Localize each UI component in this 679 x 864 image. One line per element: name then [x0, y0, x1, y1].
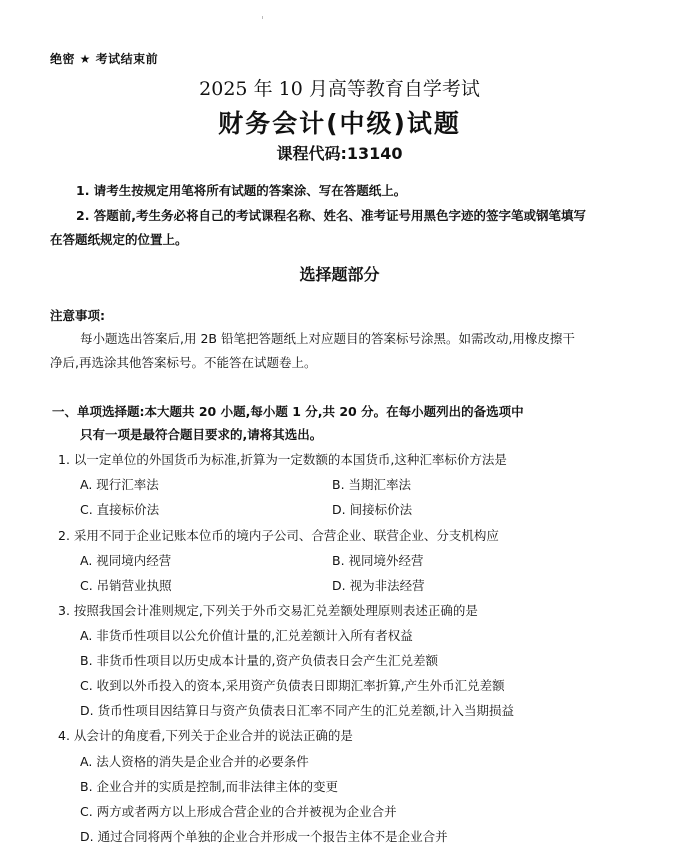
section-title: 选择题部分 [0, 262, 679, 285]
option-d: D. 货币性项目因结算日与资产负债表日汇率不同产生的汇兑差额,计入当期损益 [80, 701, 514, 719]
part-one-heading-cont: 只有一项是最符合题目要求的,请将其选出。 [80, 425, 322, 443]
option-b: B. 非货币性项目以历史成本计量的,资产负债表日会产生汇兑差额 [80, 651, 438, 669]
notes-line-2: 净后,再选涂其他答案标号。不能答在试题卷上。 [50, 353, 316, 371]
option-a: A. 非货币性项目以公允价值计量的,汇兑差额计入所有者权益 [80, 626, 413, 644]
course-code: 课程代码:13140 [0, 141, 679, 164]
paper-title: 财务会计(中级)试题 [0, 104, 679, 140]
option-a: A. 现行汇率法 [80, 475, 159, 493]
option-c: C. 吊销营业执照 [80, 576, 172, 594]
instruction-2-cont: 在答题纸规定的位置上。 [50, 230, 188, 248]
option-d: D. 通过合同将两个单独的企业合并形成一个报告主体不是企业合并 [80, 827, 448, 845]
option-b: B. 当期汇率法 [332, 475, 411, 493]
confidential-label: 绝密 ★ 考试结束前 [50, 50, 158, 67]
question-stem: 2. 采用不同于企业记账本位币的境内子公司、合营企业、联营企业、分支机构应 [58, 526, 499, 544]
option-c: C. 直接标价法 [80, 500, 159, 518]
option-d: D. 视为非法经营 [332, 576, 425, 594]
question-stem: 3. 按照我国会计准则规定,下列关于外币交易汇兑差额处理原则表述正确的是 [58, 601, 478, 619]
notes-line-1: 每小题选出答案后,用 2B 铅笔把答题纸上对应题目的答案标号涂黑。如需改动,用橡… [80, 329, 575, 347]
part-one-heading: 一、单项选择题:本大题共 20 小题,每小题 1 分,共 20 分。在每小题列出… [52, 402, 524, 420]
instruction-2: 2. 答题前,考生务必将自己的考试课程名称、姓名、准考证号用黑色字迹的签字笔或钢… [76, 206, 586, 224]
option-a: A. 法人资格的消失是企业合并的必要条件 [80, 752, 309, 770]
exam-title: 2025 年 10 月高等教育自学考试 [0, 74, 679, 101]
option-c: C. 收到以外币投入的资本,采用资产负债表日即期汇率折算,产生外币汇兑差额 [80, 676, 505, 694]
option-c: C. 两方或者两方以上形成合营企业的合并被视为企业合并 [80, 802, 397, 820]
option-b: B. 企业合并的实质是控制,而非法律主体的变更 [80, 777, 338, 795]
question-stem: 4. 从会计的角度看,下列关于企业合并的说法正确的是 [58, 726, 353, 744]
scan-mark [262, 16, 263, 19]
option-b: B. 视同境外经营 [332, 551, 424, 569]
option-a: A. 视同境内经营 [80, 551, 171, 569]
instruction-1: 1. 请考生按规定用笔将所有试题的答案涂、写在答题纸上。 [76, 181, 406, 199]
option-d: D. 间接标价法 [332, 500, 412, 518]
question-stem: 1. 以一定单位的外国货币为标准,折算为一定数额的本国货币,这种汇率标价方法是 [58, 450, 507, 468]
notes-label: 注意事项: [50, 306, 105, 324]
